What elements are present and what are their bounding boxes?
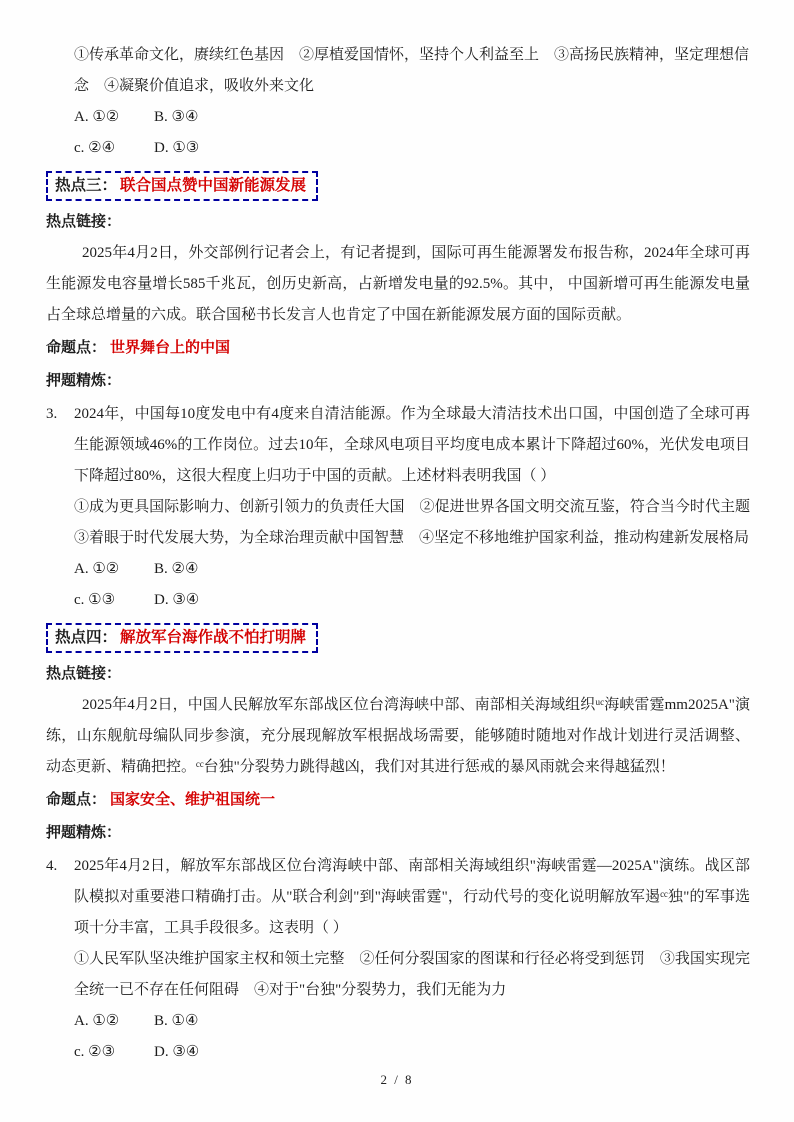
hotspot4-drill-label: 押题精炼： (46, 818, 750, 849)
question4-number: 4. (46, 851, 74, 1068)
question3-choice-d: D. ③④ (154, 585, 199, 616)
question2-choice-row-2: c. ②④ D. ①③ (74, 133, 750, 164)
question2-choice-c: c. ②④ (74, 133, 154, 164)
hotspot3-title: 联合国点赞中国新能源发展 (120, 177, 306, 194)
question4-choice-row-1: A. ①② B. ①④ (74, 1006, 750, 1037)
question4-choice-c: c. ②③ (74, 1037, 154, 1068)
question3-stem: 2024年，中国每10度发电中有4度来自清洁能源。作为全球最大清洁技术出口国，中… (74, 399, 750, 492)
hotspot3-header-wrap: 热点三：联合国点赞中国新能源发展 (46, 171, 750, 201)
question2-tail: ①传承革命文化，赓续红色基因 ②厚植爱国情怀，坚持个人利益至上 ③高扬民族精神，… (74, 40, 750, 164)
question3-choice-b: B. ②④ (154, 554, 198, 585)
question3-choice-a: A. ①② (74, 554, 154, 585)
hotspot4-header-wrap: 热点四：解放军台海作战不怕打明牌 (46, 623, 750, 653)
hotspot4-point-label: 命题点： (46, 792, 106, 808)
question4-choice-row-2: c. ②③ D. ③④ (74, 1037, 750, 1068)
question3-choice-row-1: A. ①② B. ②④ (74, 554, 750, 585)
question3-choice-row-2: c. ①③ D. ③④ (74, 585, 750, 616)
question3: 3. 2024年，中国每10度发电中有4度来自清洁能源。作为全球最大清洁技术出口… (46, 399, 750, 616)
question4-items: ①人民军队坚决维护国家主权和领土完整 ②任何分裂国家的图谋和行径必将受到惩罚 ③… (74, 944, 750, 1006)
hotspot3-point-text: 世界舞台上的中国 (110, 340, 230, 356)
question4-choice-d: D. ③④ (154, 1037, 199, 1068)
question2-choice-d: D. ①③ (154, 133, 199, 164)
hotspot3-header-box: 热点三：联合国点赞中国新能源发展 (46, 171, 318, 201)
hotspot4-point-text: 国家安全、维护祖国统一 (110, 792, 275, 808)
hotspot3-point-label: 命题点： (46, 340, 106, 356)
question4-stem: 2025年4月2日，解放军东部战区位台湾海峡中部、南部相关海域组织"海峡雷霆—2… (74, 851, 750, 944)
hotspot3-link-text: 2025年4月2日，外交部例行记者会上，有记者提到，国际可再生能源署发布报告称，… (46, 238, 750, 331)
question4-body: 2025年4月2日，解放军东部战区位台湾海峡中部、南部相关海域组织"海峡雷霆—2… (74, 851, 750, 1068)
page-number: 2 / 8 (0, 1072, 794, 1088)
hotspot4-title: 解放军台海作战不怕打明牌 (120, 629, 306, 646)
hotspot3-point-line: 命题点：世界舞台上的中国 (46, 333, 750, 364)
question3-choice-c: c. ①③ (74, 585, 154, 616)
hotspot4-header-box: 热点四：解放军台海作战不怕打明牌 (46, 623, 318, 653)
question2-choice-b: B. ③④ (154, 102, 198, 133)
hotspot3-tag: 热点三： (55, 177, 117, 194)
hotspot4-link-text: 2025年4月2日，中国人民解放军东部战区位台湾海峡中部、南部相关海域组织ᵘᶜ海… (46, 690, 750, 783)
hotspot4-tag: 热点四： (55, 629, 117, 646)
question4-choice-a: A. ①② (74, 1006, 154, 1037)
hotspot3-drill-label: 押题精炼： (46, 366, 750, 397)
question4: 4. 2025年4月2日，解放军东部战区位台湾海峡中部、南部相关海域组织"海峡雷… (46, 851, 750, 1068)
document-page: ①传承革命文化，赓续红色基因 ②厚植爱国情怀，坚持个人利益至上 ③高扬民族精神，… (0, 0, 794, 1122)
hotspot3-link-label: 热点链接： (46, 207, 750, 238)
question3-body: 2024年，中国每10度发电中有4度来自清洁能源。作为全球最大清洁技术出口国，中… (74, 399, 750, 616)
hotspot4-point-line: 命题点：国家安全、维护祖国统一 (46, 785, 750, 816)
question3-number: 3. (46, 399, 74, 616)
question2-items-text: ①传承革命文化，赓续红色基因 ②厚植爱国情怀，坚持个人利益至上 ③高扬民族精神，… (74, 40, 750, 102)
question4-choice-b: B. ①④ (154, 1006, 198, 1037)
question2-choice-a: A. ①② (74, 102, 154, 133)
question3-items: ①成为更具国际影响力、创新引领力的负责任大国 ②促进世界各国文明交流互鉴，符合当… (74, 492, 750, 554)
question2-choice-row-1: A. ①② B. ③④ (74, 102, 750, 133)
hotspot4-link-label: 热点链接： (46, 659, 750, 690)
